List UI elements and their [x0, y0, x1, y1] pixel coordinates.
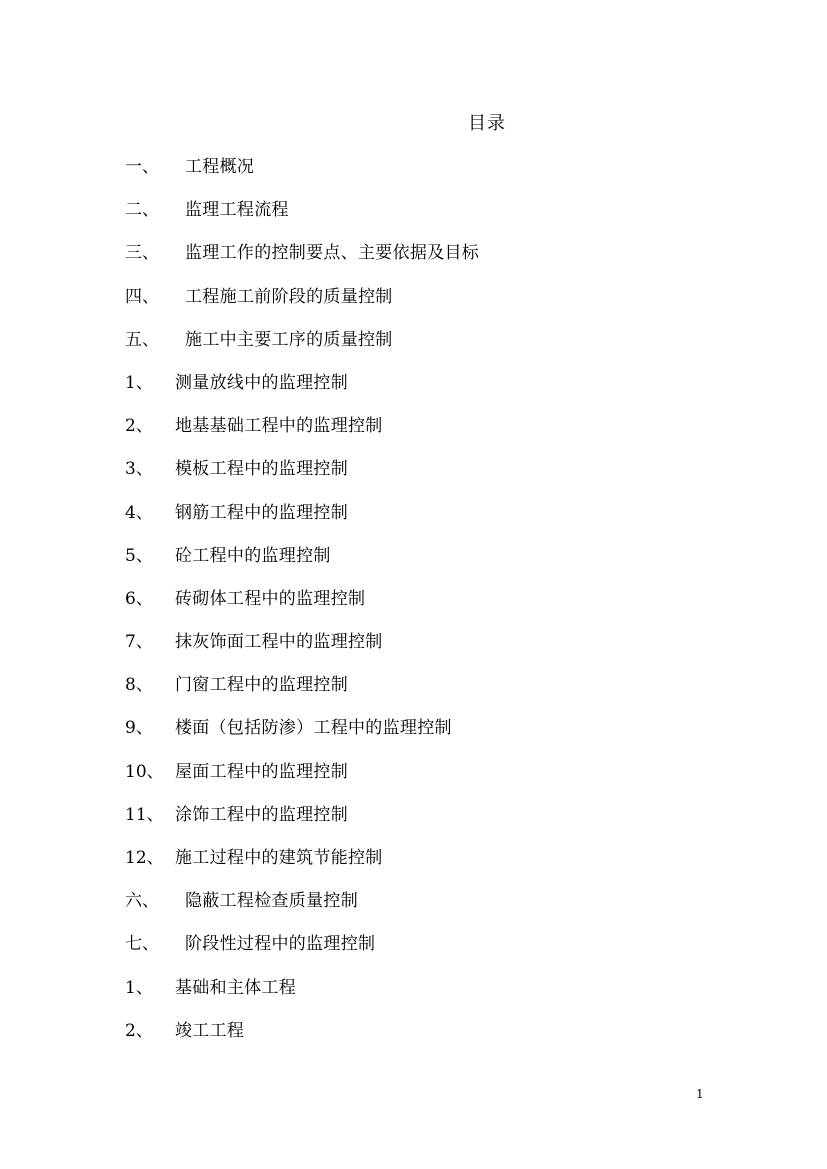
toc-item-marker: 五、: [125, 328, 159, 352]
toc-item-text: 基础和主体工程: [175, 976, 296, 1000]
toc-item-text: 砼工程中的监理控制: [175, 544, 331, 568]
toc-item-text: 阶段性过程中的监理控制: [185, 932, 375, 956]
toc-item-marker: 3、: [125, 457, 153, 481]
toc-title: 目录: [468, 112, 506, 136]
toc-item-text: 隐蔽工程检查质量控制: [185, 889, 358, 913]
toc-item-marker: 5、: [125, 544, 153, 568]
toc-item-marker: 10、: [125, 760, 164, 784]
toc-item-text: 楼面（包括防渗）工程中的监理控制: [175, 716, 452, 740]
toc-item-marker: 9、: [125, 716, 153, 740]
toc-item-text: 钢筋工程中的监理控制: [175, 501, 348, 525]
toc-item-text: 涂饰工程中的监理控制: [175, 803, 348, 827]
toc-item-marker: 8、: [125, 673, 153, 697]
toc-item-marker: 1、: [125, 371, 153, 395]
toc-item-marker: 四、: [125, 285, 159, 309]
toc-item-text: 竣工工程: [175, 1019, 244, 1043]
toc-item-marker: 12、: [125, 846, 164, 870]
toc-item-marker: 二、: [125, 198, 159, 222]
toc-item-text: 监理工程流程: [185, 198, 289, 222]
toc-item-text: 测量放线中的监理控制: [175, 371, 348, 395]
toc-item-text: 模板工程中的监理控制: [175, 457, 348, 481]
toc-item-marker: 六、: [125, 889, 159, 913]
toc-item-marker: 2、: [125, 1019, 153, 1043]
toc-item-marker: 11、: [125, 803, 164, 827]
page-number: 1: [696, 1086, 704, 1102]
toc-item-text: 地基基础工程中的监理控制: [175, 414, 383, 438]
toc-item-text: 抹灰饰面工程中的监理控制: [175, 630, 383, 654]
toc-item-text: 施工中主要工序的质量控制: [185, 328, 393, 352]
toc-item-marker: 三、: [125, 241, 159, 265]
toc-item-marker: 6、: [125, 587, 153, 611]
toc-item-marker: 7、: [125, 630, 153, 654]
toc-item-marker: 七、: [125, 932, 159, 956]
document-page: 目录 一、 工程概况 二、 监理工程流程 三、 监理工作的控制要点、主要依据及目…: [0, 0, 827, 1169]
toc-item-text: 施工过程中的建筑节能控制: [175, 846, 383, 870]
toc-item-marker: 2、: [125, 414, 153, 438]
toc-item-marker: 一、: [125, 155, 159, 179]
toc-item-text: 工程概况: [185, 155, 254, 179]
toc-item-text: 屋面工程中的监理控制: [175, 760, 348, 784]
toc-item-marker: 4、: [125, 501, 153, 525]
toc-item-text: 工程施工前阶段的质量控制: [185, 285, 393, 309]
toc-item-text: 门窗工程中的监理控制: [175, 673, 348, 697]
toc-item-marker: 1、: [125, 976, 153, 1000]
toc-item-text: 砖砌体工程中的监理控制: [175, 587, 365, 611]
toc-item-text: 监理工作的控制要点、主要依据及目标: [185, 241, 479, 265]
